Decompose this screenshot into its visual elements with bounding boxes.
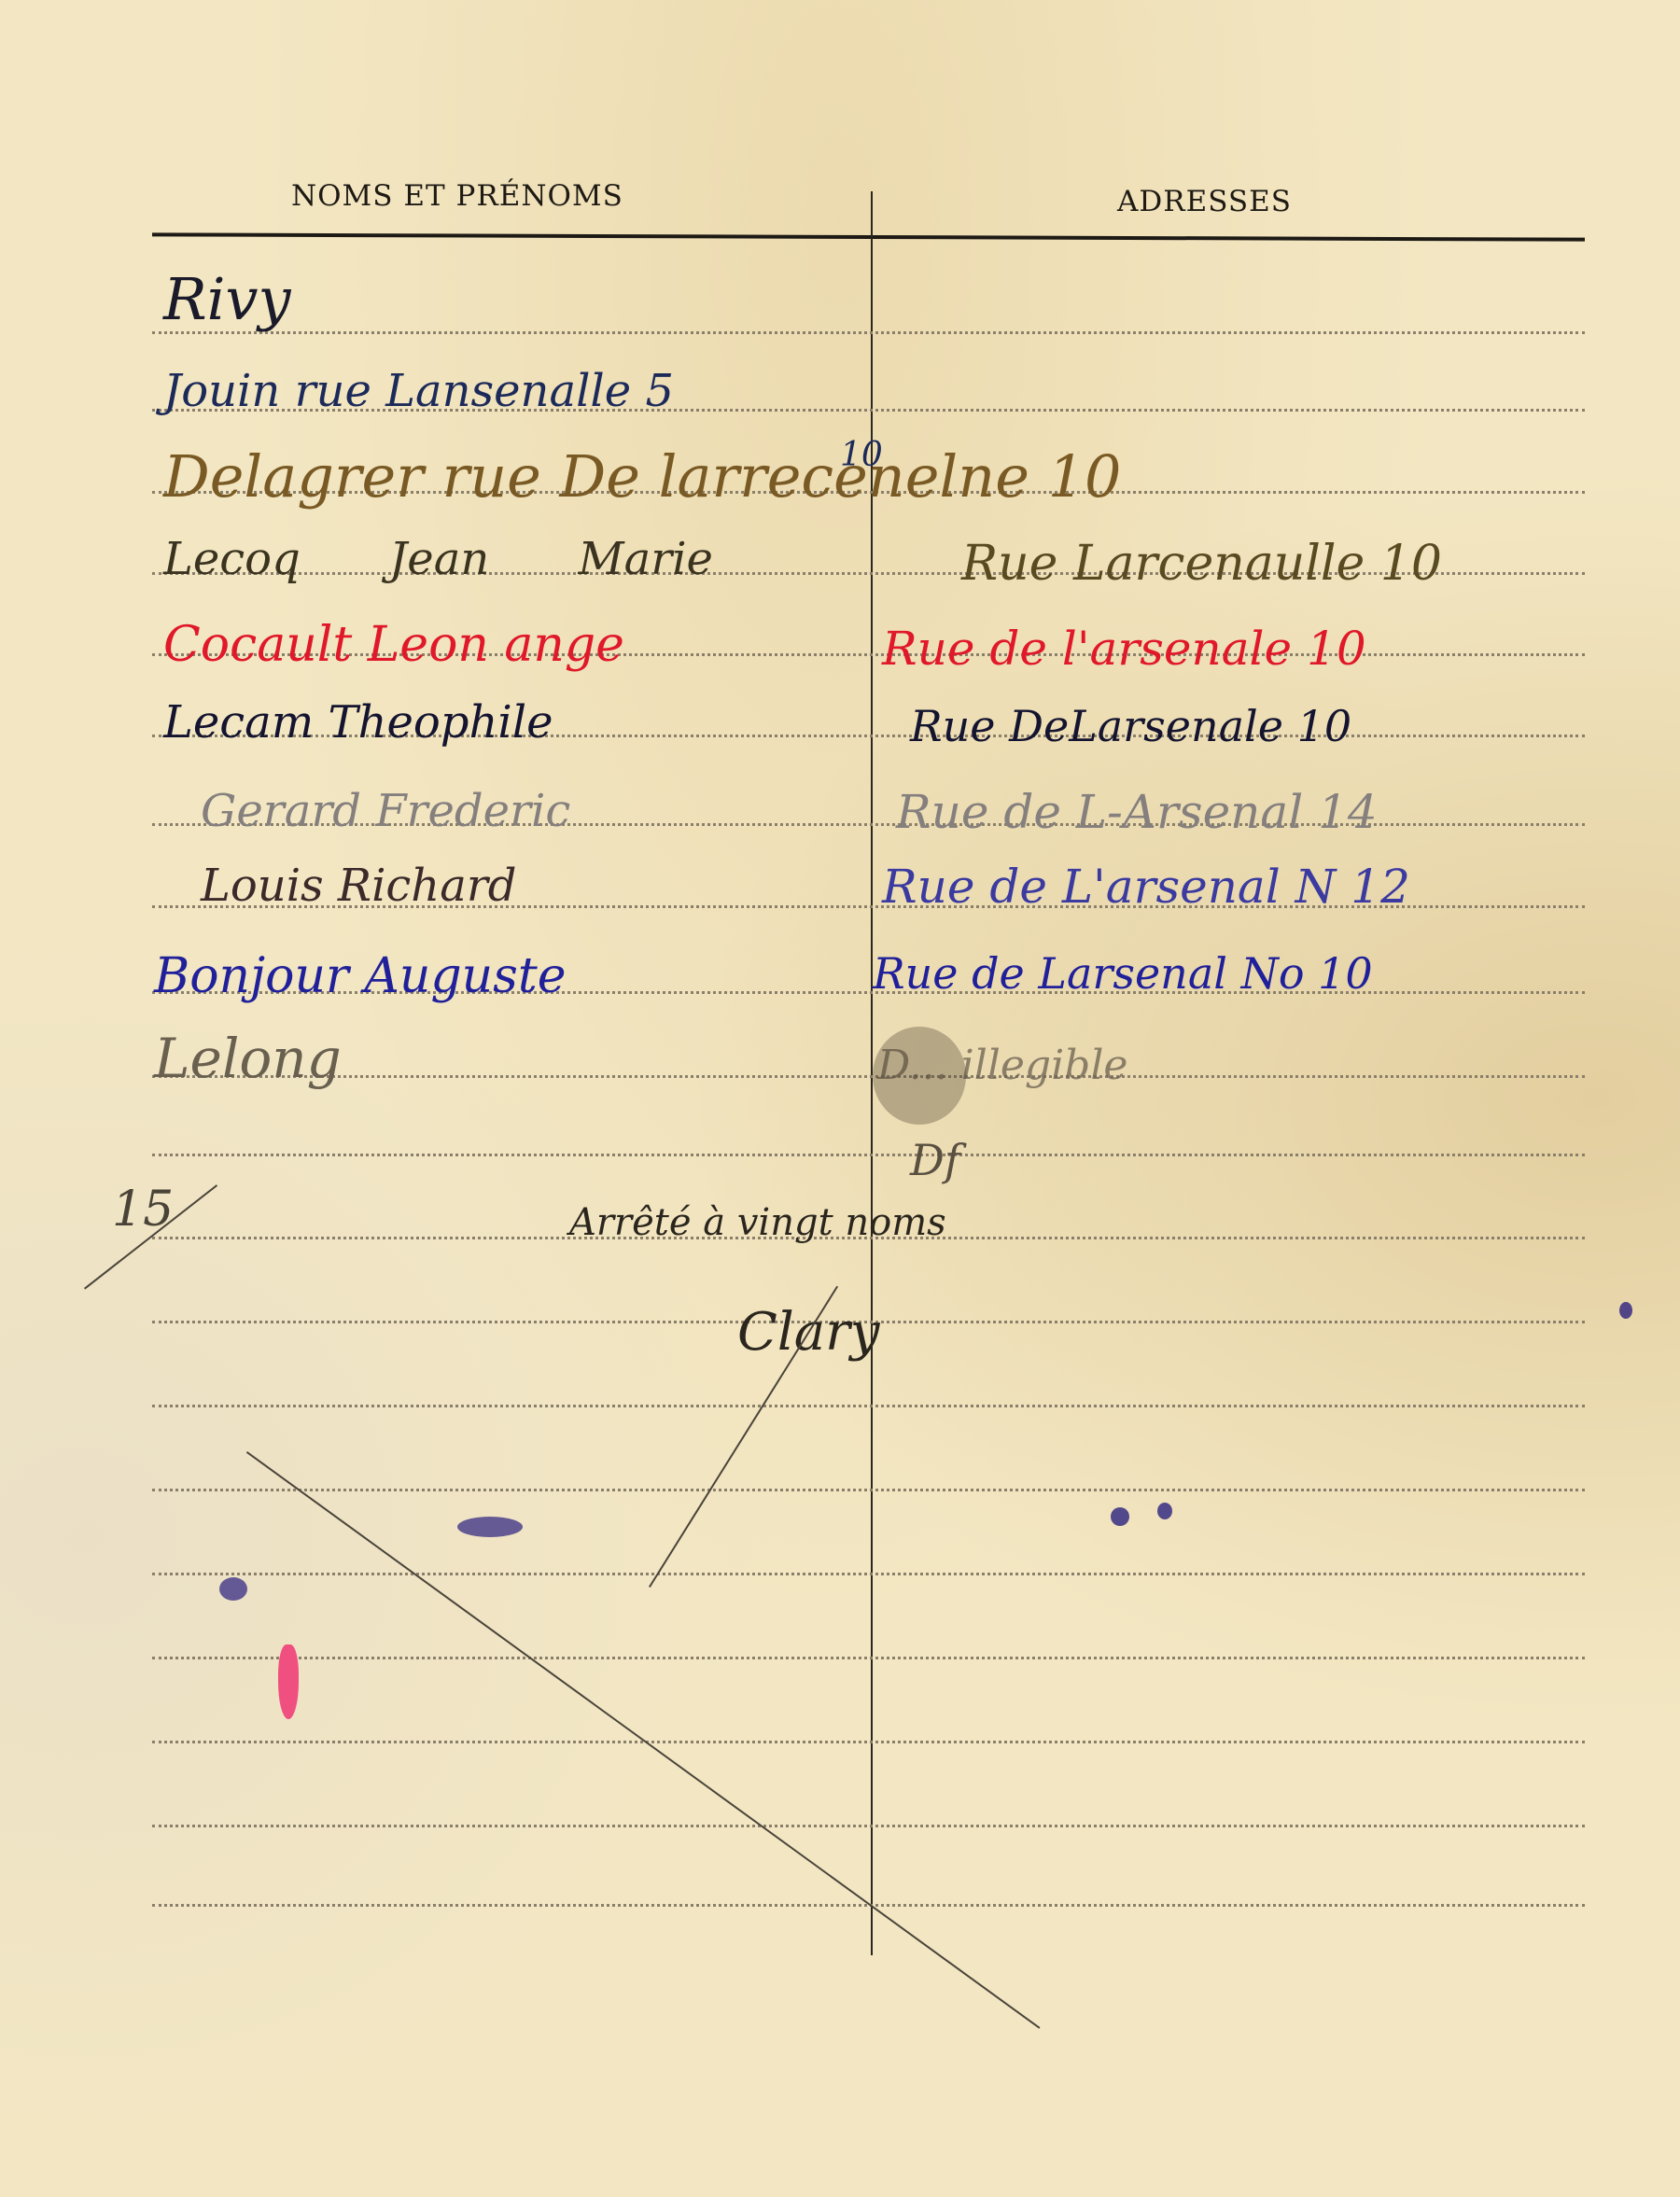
entry-name-5: Cocault Leon ange [163, 621, 624, 669]
entry-name-6: Lecam Theophile [163, 700, 553, 745]
ink-blot-blue-3 [1111, 1507, 1129, 1526]
entry-name-10: Lelong [154, 1031, 342, 1085]
entry-name-8: Louis Richard [201, 863, 517, 908]
column-header-names: NOMS ET PRÉNOMS [291, 179, 623, 213]
entry-address-9: Rue de Larsenal No 10 [873, 952, 1373, 995]
entry-name-2: Jouin rue Lansenalle 5 [163, 369, 674, 413]
ink-blot-blue-5 [1619, 1302, 1632, 1319]
entry-name-7: Gerard Frederic [201, 789, 570, 833]
mid-mark: Df [910, 1139, 960, 1182]
entry-address-6: Rue DeLarsenale 10 [910, 705, 1351, 748]
entry-address-7: Rue de L-Arsenal 14 [896, 789, 1378, 835]
header-rule [152, 232, 1585, 241]
ink-blot-blue-2 [219, 1577, 247, 1601]
entry-address-5: Rue de l'arsenale 10 [882, 625, 1366, 672]
closing-note: Arrêté à vingt noms [569, 1204, 946, 1241]
ink-blot-blue-4 [1157, 1503, 1172, 1519]
ink-smudge [873, 1027, 966, 1125]
ink-blot-blue-1 [457, 1517, 523, 1537]
entry-name-3: Delagrer rue De larrecenelne 10 [163, 448, 1121, 506]
entry-name-4: Lecoq Jean Marie [163, 537, 713, 581]
entry-address-4: Rue Larcenaulle 10 [961, 539, 1442, 588]
entry-name-1: Rivy [163, 271, 291, 329]
entry-address-8: Rue de L'arsenal N 12 [882, 863, 1410, 910]
entry-name-9: Bonjour Auguste [154, 952, 567, 1001]
column-header-addresses: ADRESSES [1117, 185, 1292, 218]
ink-blot-red [278, 1644, 299, 1719]
